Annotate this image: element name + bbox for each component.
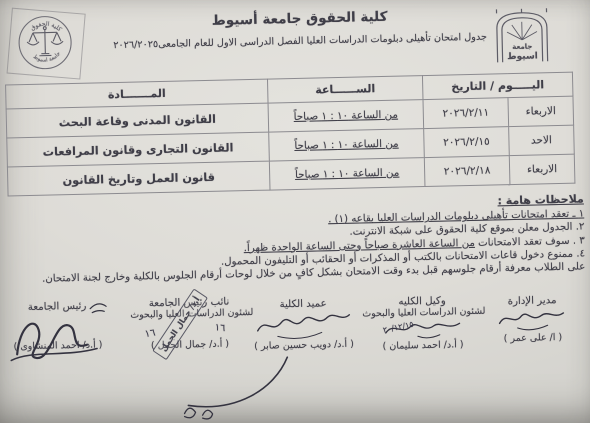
cell-date: ٢٠٢٦/٢/١٥	[424, 127, 510, 158]
page-subtitle: جدول امتحان تأهيلى دبلومات الدراسات العل…	[104, 31, 496, 51]
time-text: من الساعة ١٠ : ١ صباحاً	[294, 109, 399, 123]
notes-section: ملاحظات هامة : ١ ـ تعقد امتحانات تأهيلى …	[6, 192, 586, 286]
signature-name: ( أ.د/ احمد سليمان )	[363, 339, 483, 353]
column-header-time: الســــــاعة	[267, 76, 423, 104]
seal-bottom-text: جامعة اسيوط	[32, 51, 62, 64]
cell-day: الاربعاء	[508, 96, 574, 126]
time-text: من الساعة ١٠ : ١ صباحاً	[295, 167, 400, 181]
cell-day: الاحد	[509, 125, 575, 155]
assiut-university-logo: جامعة اسيوط	[488, 5, 555, 66]
signature-block-dean: عميد الكلية ( أ.د/ دويب حسين صابر )	[246, 298, 361, 353]
signature-name: ( أ.د/ جمال الجمل )	[131, 338, 249, 352]
page-title: كلية الحقوق جامعة أسيوط	[103, 6, 495, 31]
signature-block-vice-president: نائب رئيس الجامعة لشئون الدراسات العليا …	[130, 296, 249, 352]
scanned-document: كلية الحقوق جامعة اسيوط كلية الحقوق جامع…	[0, 0, 590, 423]
signature-name: ( أ.د/ دويب حسين صابر )	[247, 339, 361, 353]
seal-top-text: كلية الحقوق	[29, 20, 63, 34]
logo-text-line1: جامعة	[512, 43, 532, 51]
faculty-of-law-seal: كلية الحقوق جامعة اسيوط	[15, 13, 74, 72]
signature-scribble	[4, 310, 105, 364]
time-text: من الساعة ١٠ : ١ صباحاً	[294, 138, 399, 152]
document-header: كلية الحقوق جامعة أسيوط جدول امتحان تأهي…	[103, 6, 496, 51]
cell-date: ٢٠٢٦/٢/١٨	[424, 156, 510, 187]
signature-block-director: مدير الإدارة ( ا/ على عمر )	[480, 294, 585, 344]
handwritten-mark: ١٦	[144, 328, 156, 341]
signature-name: ( ا/ على عمر )	[481, 331, 585, 344]
cell-subject: قانون العمل وتاريخ القانون	[7, 161, 270, 196]
signature-block-vice-dean: وكيل الكليه لشئون الدراسات العليا والبحو…	[362, 295, 483, 353]
signature-scribble	[251, 309, 356, 341]
signature-scribble	[493, 306, 572, 334]
exam-schedule-table: اليـــــوم / التاريخ الســــــاعة المـــ…	[5, 72, 575, 197]
sun-rays-icon	[507, 21, 537, 40]
cell-time: من الساعة ١٠ : ١ صباحاً	[269, 158, 425, 191]
column-header-day-date: اليـــــوم / التاريخ	[422, 72, 573, 99]
cell-day: الاربعاء	[509, 154, 575, 184]
note-text: ٣ . سوف تعقد الامتحانات	[475, 235, 585, 248]
cell-time: من الساعة ١٠ : ١ صباحاً	[268, 100, 424, 133]
logo-text-line2: اسيوط	[507, 51, 538, 62]
handwritten-mark: ١٦	[214, 322, 226, 334]
cell-date: ٢٠٢٦/٢/١١	[423, 98, 509, 129]
cell-time: من الساعة ١٠ : ١ صباحاً	[269, 129, 425, 162]
pen-flourish	[165, 353, 297, 423]
